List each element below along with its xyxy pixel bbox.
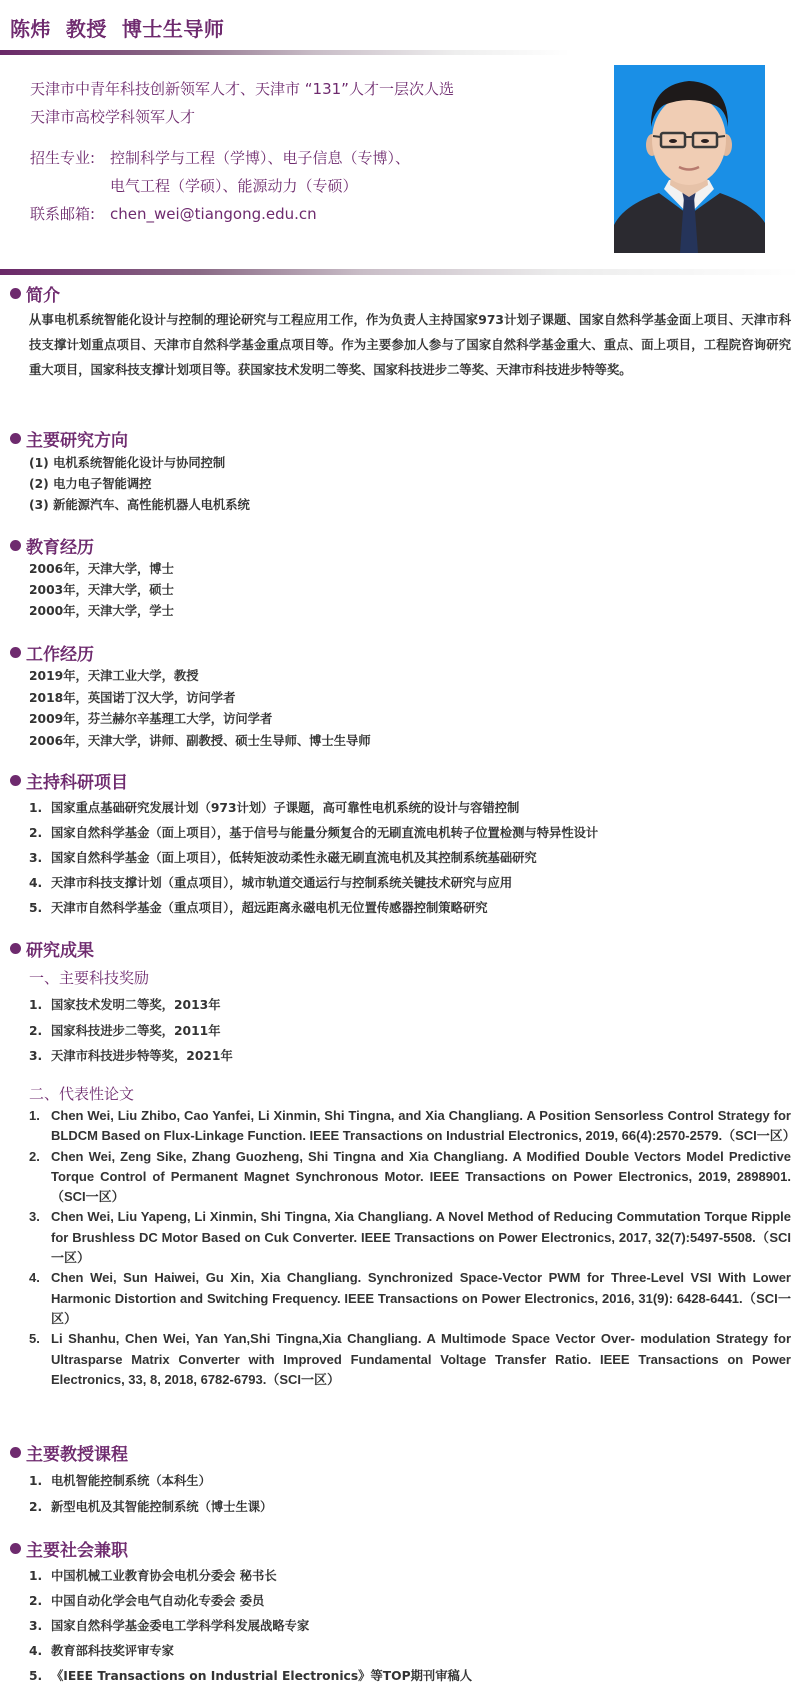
majors-text-1: 控制科学与工程（学博）、电子信息（专博）、: [110, 149, 410, 167]
list-item: 2000年，天津大学，学士: [29, 601, 174, 622]
majors-row-1: 招生专业:控制科学与工程（学博）、电子信息（专博）、: [30, 147, 410, 168]
paper-item: 1.Chen Wei, Liu Zhibo, Cao Yanfei, Li Xi…: [29, 1106, 791, 1147]
service-list: 1.中国机械工业教育协会电机分委会 秘书长 2.中国自动化学会电气自动化专委会 …: [29, 1564, 789, 1689]
bullet-icon: [10, 943, 21, 954]
list-item: 5.天津市自然科学基金（重点项目），超远距离永磁电机无位置传感器控制策略研究: [29, 896, 789, 921]
list-item: 2006年，天津大学，讲师、副教授、硕士生导师、博士生导师: [29, 731, 371, 753]
list-item: 1.中国机械工业教育协会电机分委会 秘书长: [29, 1564, 789, 1589]
list-item: 2006年，天津大学，博士: [29, 559, 174, 580]
section-heading-projects: 主持科研项目: [10, 768, 128, 793]
bullet-icon: [10, 433, 21, 444]
list-item: (2) 电力电子智能调控: [29, 474, 250, 495]
list-item: 2.国家科技进步二等奖，2011年: [29, 1019, 789, 1045]
majors-text-2: 电气工程（学硕）、能源动力（专硕）: [110, 177, 358, 195]
intro-paragraph: 从事电机系统智能化设计与控制的理论研究与工程应用工作，作为负责人主持国家973计…: [29, 308, 791, 383]
list-item: (3) 新能源汽车、高性能机器人电机系统: [29, 495, 250, 516]
section-heading-research: 主要研究方向: [10, 426, 128, 451]
list-item: 2003年，天津大学，硕士: [29, 580, 174, 601]
list-item: 2018年，英国诺丁汉大学，访问学者: [29, 688, 371, 710]
list-item: 2.中国自动化学会电气自动化专委会 委员: [29, 1589, 789, 1614]
work-list: 2019年，天津工业大学，教授 2018年，英国诺丁汉大学，访问学者 2009年…: [29, 666, 371, 752]
list-item: 3.国家自然科学基金委电工学科学科发展战略专家: [29, 1614, 789, 1639]
list-item: 1.电机智能控制系统（本科生）: [29, 1468, 789, 1494]
research-list: (1) 电机系统智能化设计与协同控制 (2) 电力电子智能调控 (3) 新能源汽…: [29, 453, 250, 516]
list-item: 2.国家自然科学基金（面上项目），基于信号与能量分频复合的无刷直流电机转子位置检…: [29, 821, 789, 846]
section-heading-intro: 简介: [10, 281, 60, 306]
awards-list: 1.国家技术发明二等奖，2013年 2.国家科技进步二等奖，2011年 3.天津…: [29, 993, 789, 1070]
list-item: 3.国家自然科学基金（面上项目），低转矩波动柔性永磁无刷直流电机及其控制系统基础…: [29, 846, 789, 871]
list-item: 3.天津市科技进步特等奖，2021年: [29, 1044, 789, 1070]
list-item: 2019年，天津工业大学，教授: [29, 666, 371, 688]
list-item: 4.天津市科技支撑计划（重点项目），城市轨道交通运行与控制系统关键技术研究与应用: [29, 871, 789, 896]
bullet-icon: [10, 1447, 21, 1458]
papers-list: 1.Chen Wei, Liu Zhibo, Cao Yanfei, Li Xi…: [29, 1106, 791, 1390]
projects-list: 1.国家重点基础研究发展计划（973计划）子课题，高可靠性电机系统的设计与容错控…: [29, 796, 789, 921]
list-item: 4.教育部科技奖评审专家: [29, 1639, 789, 1664]
courses-list: 1.电机智能控制系统（本科生） 2.新型电机及其智能控制系统（博士生课）: [29, 1468, 789, 1520]
list-item: (1) 电机系统智能化设计与协同控制: [29, 453, 250, 474]
list-item: 1.国家重点基础研究发展计划（973计划）子课题，高可靠性电机系统的设计与容错控…: [29, 796, 789, 821]
majors-label: 招生专业:: [30, 147, 110, 168]
honor-line-1: 天津市中青年科技创新领军人才、天津市 “131”人才一层次人选: [30, 78, 454, 99]
paper-item: 2.Chen Wei, Zeng Sike, Zhang Guozheng, S…: [29, 1147, 791, 1208]
list-item: 2009年，芬兰赫尔辛基理工大学，访问学者: [29, 709, 371, 731]
bullet-icon: [10, 1543, 21, 1554]
bullet-icon: [10, 647, 21, 658]
section-heading-education: 教育经历: [10, 533, 94, 558]
portrait-photo: [614, 65, 765, 253]
papers-subheading: 二、代表性论文: [29, 1083, 134, 1104]
bullet-icon: [10, 288, 21, 299]
paper-item: 5.Li Shanhu, Chen Wei, Yan Yan,Shi Tingn…: [29, 1329, 791, 1390]
page-title: 陈炜 教授 博士生导师: [10, 13, 224, 42]
honor-line-2: 天津市高校学科领军人才: [30, 106, 195, 127]
section-heading-work: 工作经历: [10, 640, 94, 665]
majors-row-2: 电气工程（学硕）、能源动力（专硕）: [30, 175, 358, 196]
email-link[interactable]: chen_wei@tiangong.edu.cn: [110, 205, 317, 223]
section-heading-courses: 主要教授课程: [10, 1440, 128, 1465]
email-row: 联系邮箱:chen_wei@tiangong.edu.cn: [30, 203, 317, 224]
list-item: 5.《IEEE Transactions on Industrial Elect…: [29, 1664, 789, 1689]
awards-subheading: 一、主要科技奖励: [29, 967, 149, 988]
email-label: 联系邮箱:: [30, 203, 110, 224]
section-heading-achievements: 研究成果: [10, 936, 94, 961]
title-divider: [0, 50, 570, 55]
bullet-icon: [10, 540, 21, 551]
education-list: 2006年，天津大学，博士 2003年，天津大学，硕士 2000年，天津大学，学…: [29, 559, 174, 622]
list-item: 2.新型电机及其智能控制系统（博士生课）: [29, 1494, 789, 1520]
header-divider: [0, 269, 800, 275]
paper-item: 3.Chen Wei, Liu Yapeng, Li Xinmin, Shi T…: [29, 1207, 791, 1268]
paper-item: 4.Chen Wei, Sun Haiwei, Gu Xin, Xia Chan…: [29, 1268, 791, 1329]
list-item: 1.国家技术发明二等奖，2013年: [29, 993, 789, 1019]
section-heading-service: 主要社会兼职: [10, 1536, 128, 1561]
bullet-icon: [10, 775, 21, 786]
